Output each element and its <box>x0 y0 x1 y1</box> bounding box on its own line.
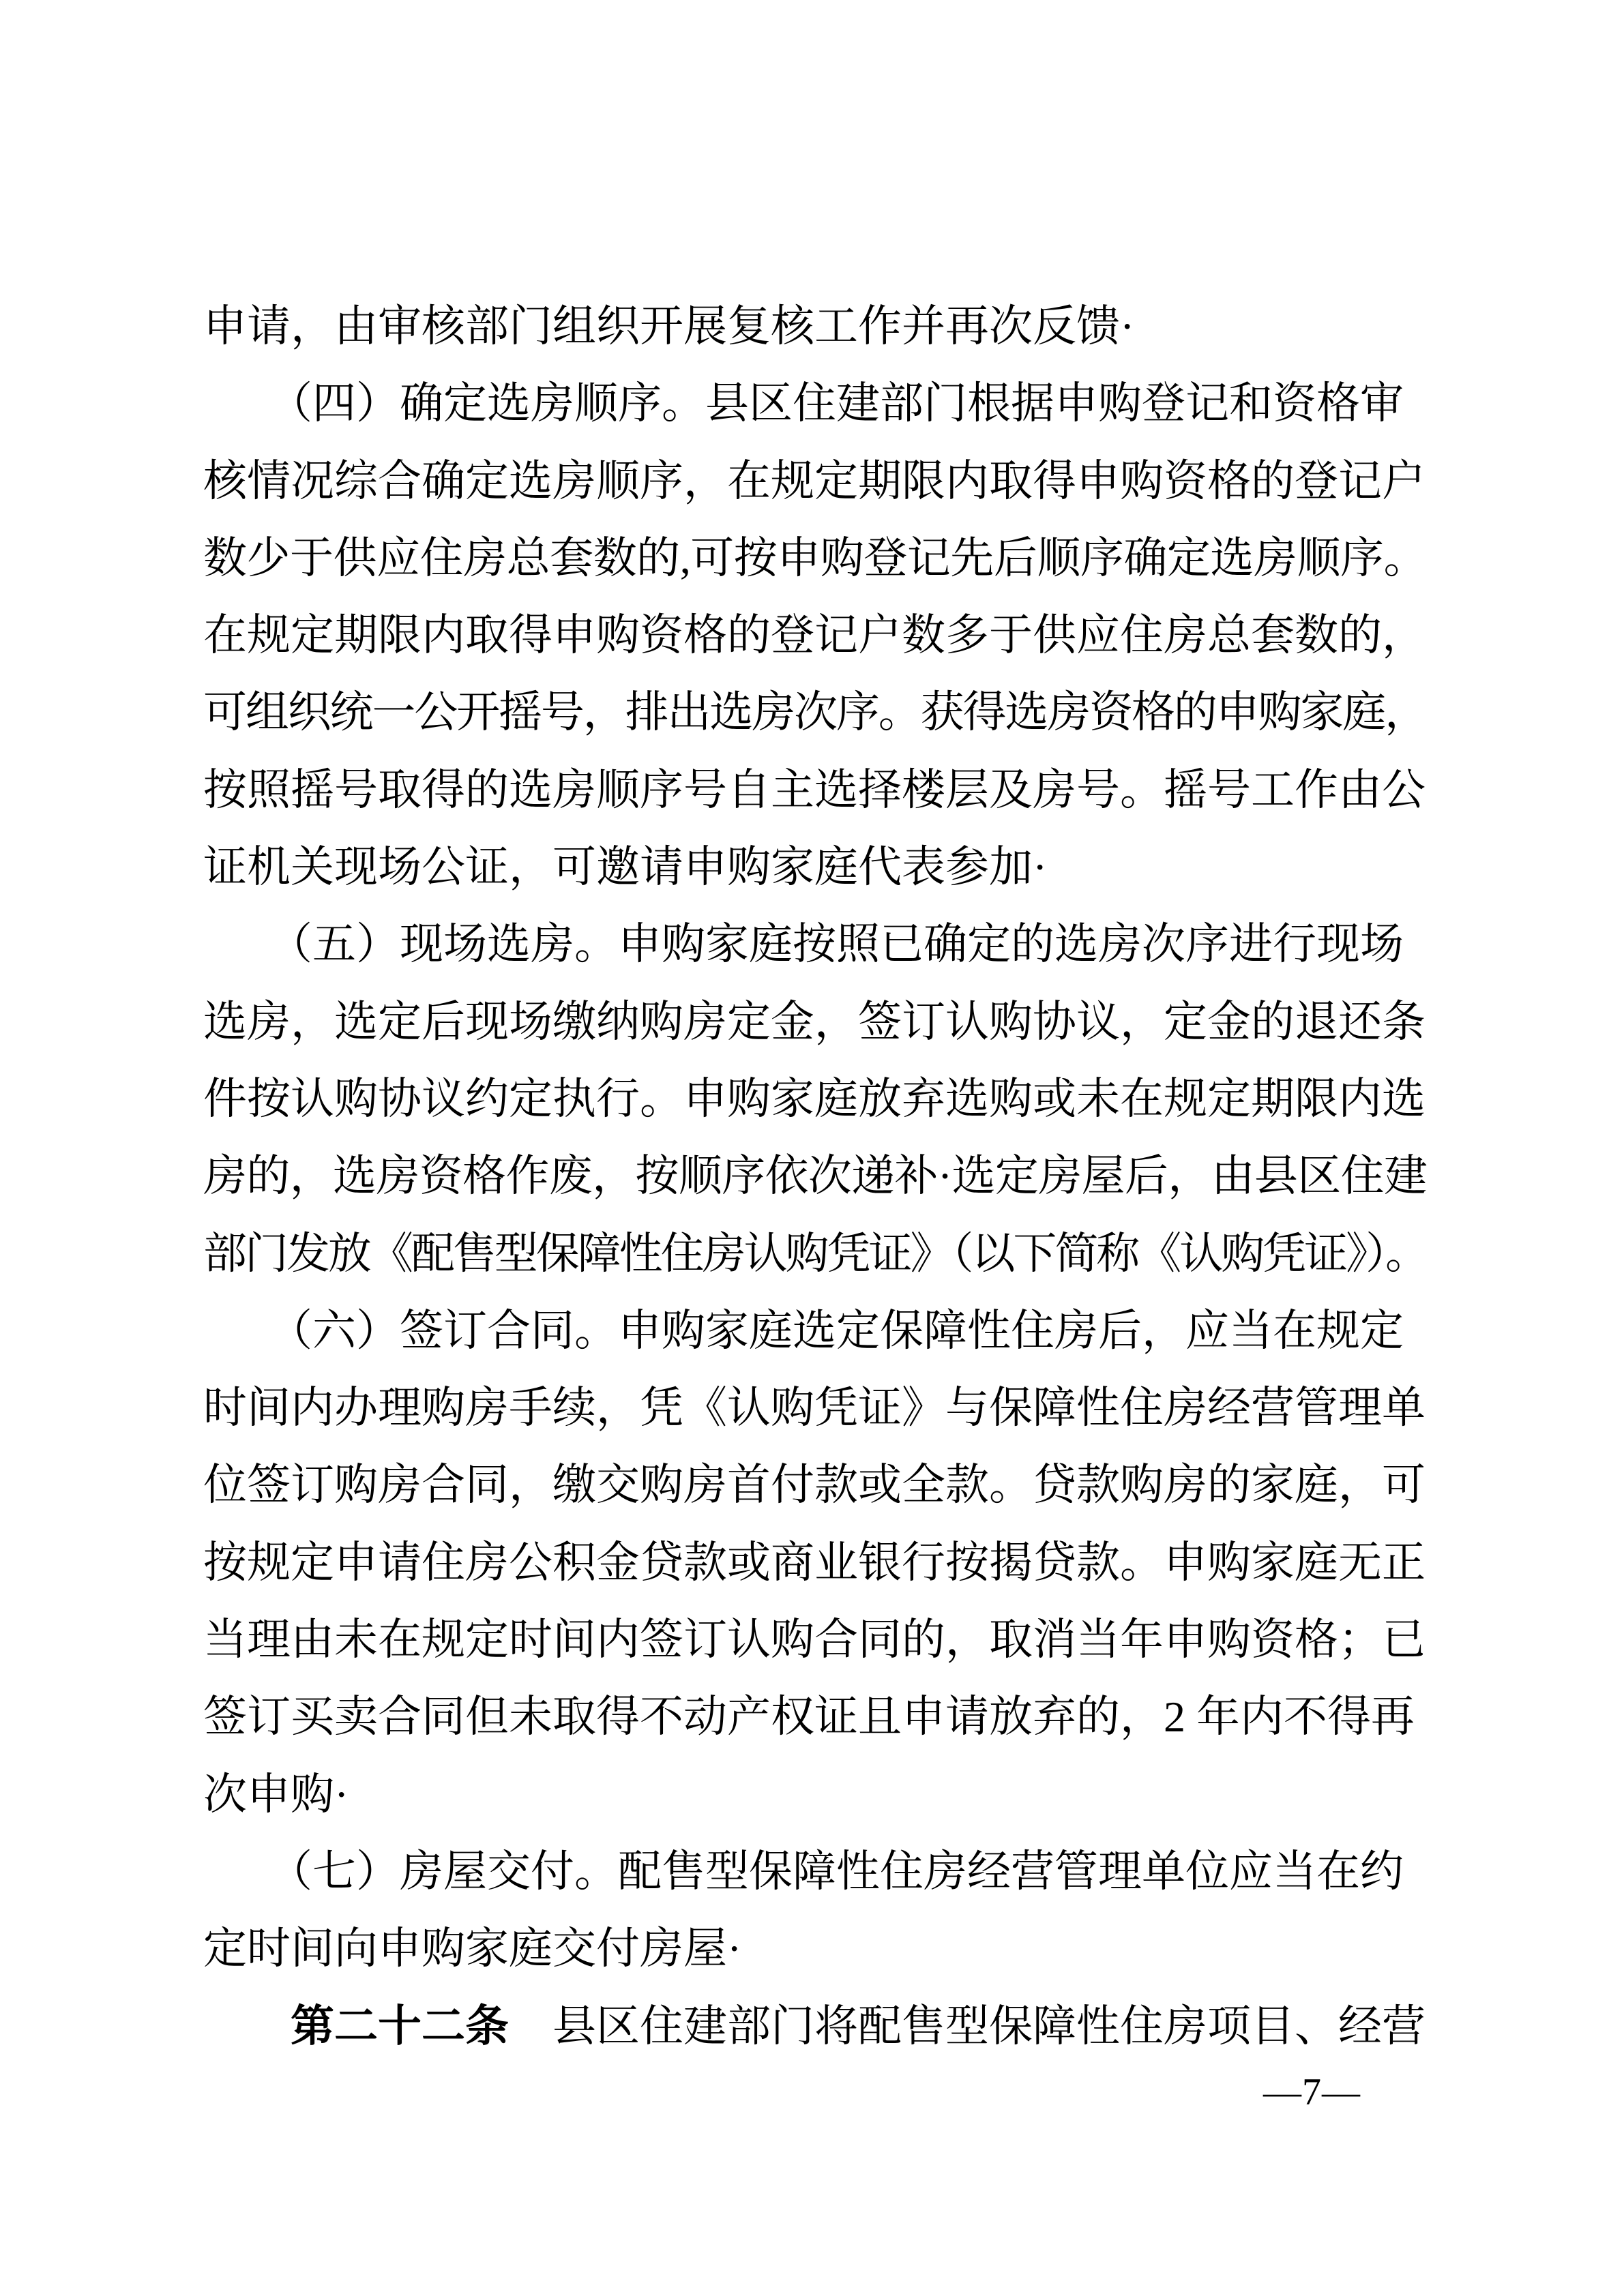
text-segment: 件按认购协议约定执行。申购家庭放弃选购或未在规定期限内选 <box>203 1075 1426 1123</box>
text-line: 数少于供应住房总套数的,可按申购登记先后顺序确定选房顺序。 <box>203 520 1427 597</box>
text-segment: 部门发放《配售型保障性住房认购凭证》（以下简称《认购凭证》）。 <box>203 1229 1427 1278</box>
text-segment: 定时间向申购家庭交付房屋· <box>203 1924 741 1973</box>
text-line: 第二十二条 县区住建部门将配售型保障性住房项目、经营 <box>203 1988 1427 2065</box>
text-segment: 当理由未在规定时间内签订认购合同的，取消当年申购资格；已 <box>203 1615 1426 1664</box>
text-line: 核情况综合确定选房顺序，在规定期限内取得申购资格的登记户 <box>203 443 1427 520</box>
text-line: 房的，选房资格作废，按顺序依次递补·选定房屋后，由县区住建 <box>203 1137 1427 1214</box>
text-segment: 签订买卖合同但未取得不动产权证且申请放弃的，2 年内不得再 <box>203 1693 1415 1741</box>
text-segment: （六）签订合同。申购家庭选定保障性住房后，应当在规定 <box>203 1307 1404 1355</box>
text-line: （七）房屋交付。配售型保障性住房经营管理单位应当在约 <box>203 1833 1427 1910</box>
text-line: 申请，由审核部门组织开展复核工作并再次反馈· <box>203 288 1427 365</box>
document-text: 申请，由审核部门组织开展复核工作并再次反馈· （四）确定选房顺序。县区住建部门根… <box>203 288 1427 2065</box>
page-number: —7— <box>1263 2072 1361 2113</box>
text-line: 按规定申请住房公积金贷款或商业银行按揭贷款。申购家庭无正 <box>203 1524 1427 1601</box>
text-line: （四）确定选房顺序。县区住建部门根据申购登记和资格审 <box>203 365 1427 442</box>
text-line: 位签订购房合同，缴交购房首付款或全款。贷款购房的家庭，可 <box>203 1446 1427 1523</box>
text-segment: 在规定期限内取得申购资格的登记户数多于供应住房总套数的， <box>203 611 1426 659</box>
text-segment: 按规定申请住房公积金贷款或商业银行按揭贷款。申购家庭无正 <box>203 1538 1426 1587</box>
text-segment <box>203 2002 291 2051</box>
text-segment: 证机关现场公证，可邀请申购家庭代表参加· <box>203 843 1047 891</box>
text-line: 件按认购协议约定执行。申购家庭放弃选购或未在规定期限内选 <box>203 1060 1427 1137</box>
text-segment: （七）房屋交付。配售型保障性住房经营管理单位应当在约 <box>203 1847 1404 1896</box>
text-segment: 按照摇号取得的选房顺序号自主选择楼层及房号。摇号工作由公 <box>203 766 1426 814</box>
text-line: 按照摇号取得的选房顺序号自主选择楼层及房号。摇号工作由公 <box>203 751 1427 829</box>
text-segment: 核情况综合确定选房顺序，在规定期限内取得申购资格的登记户 <box>203 457 1426 505</box>
text-segment: 房的，选房资格作废，按顺序依次递补·选定房屋后，由县区住建 <box>203 1152 1427 1200</box>
text-line: 当理由未在规定时间内签订认购合同的，取消当年申购资格；已 <box>203 1601 1427 1678</box>
text-segment: 可组织统一公开摇号，排出选房次序。获得选房资格的申购家庭， <box>203 688 1427 736</box>
text-segment: 选房，选定后现场缴纳购房定金，签订认购协议，定金的退还条 <box>203 998 1426 1046</box>
text-segment: 次申购· <box>203 1770 349 1819</box>
text-segment: 县区住建部门将配售型保障性住房项目、经营 <box>509 2002 1426 2051</box>
text-line: （六）签订合同。申购家庭选定保障性住房后，应当在规定 <box>203 1292 1427 1369</box>
document-page: 申请，由审核部门组织开展复核工作并再次反馈· （四）确定选房顺序。县区住建部门根… <box>0 0 1624 2296</box>
text-segment: （四）确定选房顺序。县区住建部门根据申购登记和资格审 <box>203 379 1404 428</box>
text-segment: 申请，由审核部门组织开展复核工作并再次反馈· <box>203 302 1134 351</box>
text-line: 签订买卖合同但未取得不动产权证且申请放弃的，2 年内不得再 <box>203 1678 1427 1755</box>
text-segment: （五）现场选房。申购家庭按照已确定的选房次序进行现场 <box>203 920 1404 968</box>
text-line: 部门发放《配售型保障性住房认购凭证》（以下简称《认购凭证》）。 <box>203 1215 1427 1292</box>
text-line: 时间内办理购房手续，凭《认购凭证》与保障性住房经营管理单 <box>203 1369 1427 1446</box>
text-line: 可组织统一公开摇号，排出选房次序。获得选房资格的申购家庭， <box>203 674 1427 751</box>
text-line: （五）现场选房。申购家庭按照已确定的选房次序进行现场 <box>203 906 1427 983</box>
text-line: 证机关现场公证，可邀请申购家庭代表参加· <box>203 829 1427 906</box>
article-number: 第二十二条 <box>291 2002 509 2051</box>
text-line: 次申购· <box>203 1756 1427 1833</box>
text-segment: 数少于供应住房总套数的,可按申购登记先后顺序确定选房顺序。 <box>203 534 1427 582</box>
text-segment: 位签订购房合同，缴交购房首付款或全款。贷款购房的家庭，可 <box>203 1461 1426 1509</box>
text-line: 在规定期限内取得申购资格的登记户数多于供应住房总套数的， <box>203 597 1427 674</box>
text-line: 定时间向申购家庭交付房屋· <box>203 1910 1427 1987</box>
text-segment: 时间内办理购房手续，凭《认购凭证》与保障性住房经营管理单 <box>203 1384 1426 1432</box>
text-line: 选房，选定后现场缴纳购房定金，签订认购协议，定金的退还条 <box>203 983 1427 1060</box>
